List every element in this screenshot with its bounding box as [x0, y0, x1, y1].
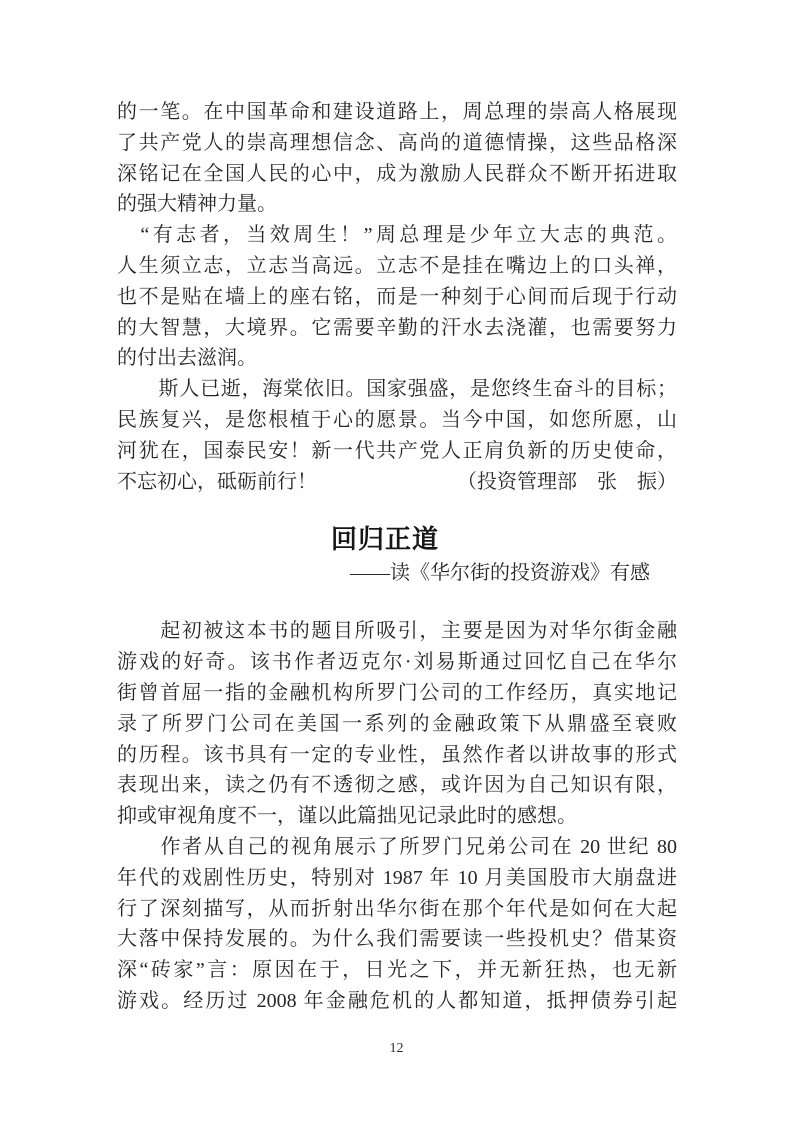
text-line: 也不是贴在墙上的座右铭，而是一种刻于心间而后现于行动 — [117, 282, 677, 313]
text-line: 作者从自己的视角展示了所罗门兄弟公司在 20 世纪 80 — [117, 832, 677, 863]
signoff-line: 不忘初心，砥砺前行！ （投资管理部 张 振） — [117, 467, 677, 498]
paragraph: 的一笔。在中国革命和建设道路上，周总理的崇高人格展现了共产党人的崇高理想信念、高… — [117, 97, 677, 220]
text-line: 了共产党人的崇高理想信念、高尚的道德情操，这些品格深 — [117, 128, 677, 159]
page-number: 12 — [0, 1040, 793, 1058]
text-line: 游戏。经历过 2008 年金融危机的人都知道，抵押债券引起 — [117, 986, 677, 1017]
text-line: 表现出来，读之仍有不透彻之感，或许因为自己知识有限， — [117, 770, 677, 801]
article-paragraphs: 起初被这本书的题目所吸引，主要是因为对华尔街金融游戏的好奇。该书作者迈克尔·刘易… — [117, 616, 677, 1016]
text-line: 的历程。该书具有一定的专业性，虽然作者以讲故事的形式 — [117, 740, 677, 771]
paragraph: “有志者，当效周生！”周总理是少年立大志的典范。人生须立志，立志当高远。立志不是… — [117, 220, 677, 374]
paragraph: 作者从自己的视角展示了所罗门兄弟公司在 20 世纪 80年代的戏剧性历史，特别对… — [117, 832, 677, 1017]
text-line: 的强大精神力量。 — [117, 189, 677, 220]
text-line: 大落中保持发展的。为什么我们需要读一些投机史？借某资 — [117, 924, 677, 955]
signoff-closing-text: 不忘初心，砥砺前行！ — [117, 467, 317, 498]
text-line: 游戏的好奇。该书作者迈克尔·刘易斯通过回忆自己在华尔 — [117, 647, 677, 678]
previous-article-ending: 的一笔。在中国革命和建设道路上，周总理的崇高人格展现了共产党人的崇高理想信念、高… — [117, 97, 677, 467]
text-line: 的一笔。在中国革命和建设道路上，周总理的崇高人格展现 — [117, 97, 677, 128]
article-title: 回归正道 — [331, 523, 439, 557]
text-line: “有志者，当效周生！”周总理是少年立大志的典范。 — [117, 220, 677, 251]
text-line: 录了所罗门公司在美国一系列的金融政策下从鼎盛至衰败 — [117, 709, 677, 740]
text-line: 河犹在，国泰民安！新一代共产党人正肩负新的历史使命， — [117, 436, 677, 467]
article-title-wrap: 回归正道 — [117, 523, 677, 557]
text-line: 街曾首屈一指的金融机构所罗门公司的工作经历，真实地记 — [117, 678, 677, 709]
article-subtitle: ——读《华尔街的投资游戏》有感 — [117, 558, 677, 588]
text-line: 抑或审视角度不一，谨以此篇拙见记录此时的感想。 — [117, 801, 677, 832]
text-line: 深铭记在全国人民的心中，成为激励人民群众不断开拓进取 — [117, 159, 677, 190]
paragraph: 斯人已逝，海棠依旧。国家强盛，是您终生奋斗的目标；民族复兴，是您根植于心的愿景。… — [117, 374, 677, 466]
paragraph: 起初被这本书的题目所吸引，主要是因为对华尔街金融游戏的好奇。该书作者迈克尔·刘易… — [117, 616, 677, 832]
document-page: 的一笔。在中国革命和建设道路上，周总理的崇高人格展现了共产党人的崇高理想信念、高… — [0, 0, 793, 1122]
text-line: 行了深刻描写，从而折射出华尔街在那个年代是如何在大起 — [117, 894, 677, 925]
text-line: 民族复兴，是您根植于心的愿景。当今中国，如您所愿，山 — [117, 405, 677, 436]
text-line: 起初被这本书的题目所吸引，主要是因为对华尔街金融 — [117, 616, 677, 647]
text-line: 的大智慧，大境界。它需要辛勤的汗水去浇灌，也需要努力 — [117, 313, 677, 344]
signoff-attribution: （投资管理部 张 振） — [457, 467, 677, 498]
text-line: 深“砖家”言：原因在于，日光之下，并无新狂热，也无新 — [117, 955, 677, 986]
text-line: 年代的戏剧性历史，特别对 1987 年 10 月美国股市大崩盘进 — [117, 863, 677, 894]
text-line: 的付出去滋润。 — [117, 343, 677, 374]
article-body: 的一笔。在中国革命和建设道路上，周总理的崇高人格展现了共产党人的崇高理想信念、高… — [117, 97, 677, 1017]
text-line: 斯人已逝，海棠依旧。国家强盛，是您终生奋斗的目标； — [117, 374, 677, 405]
text-line: 人生须立志，立志当高远。立志不是挂在嘴边上的口头禅， — [117, 251, 677, 282]
